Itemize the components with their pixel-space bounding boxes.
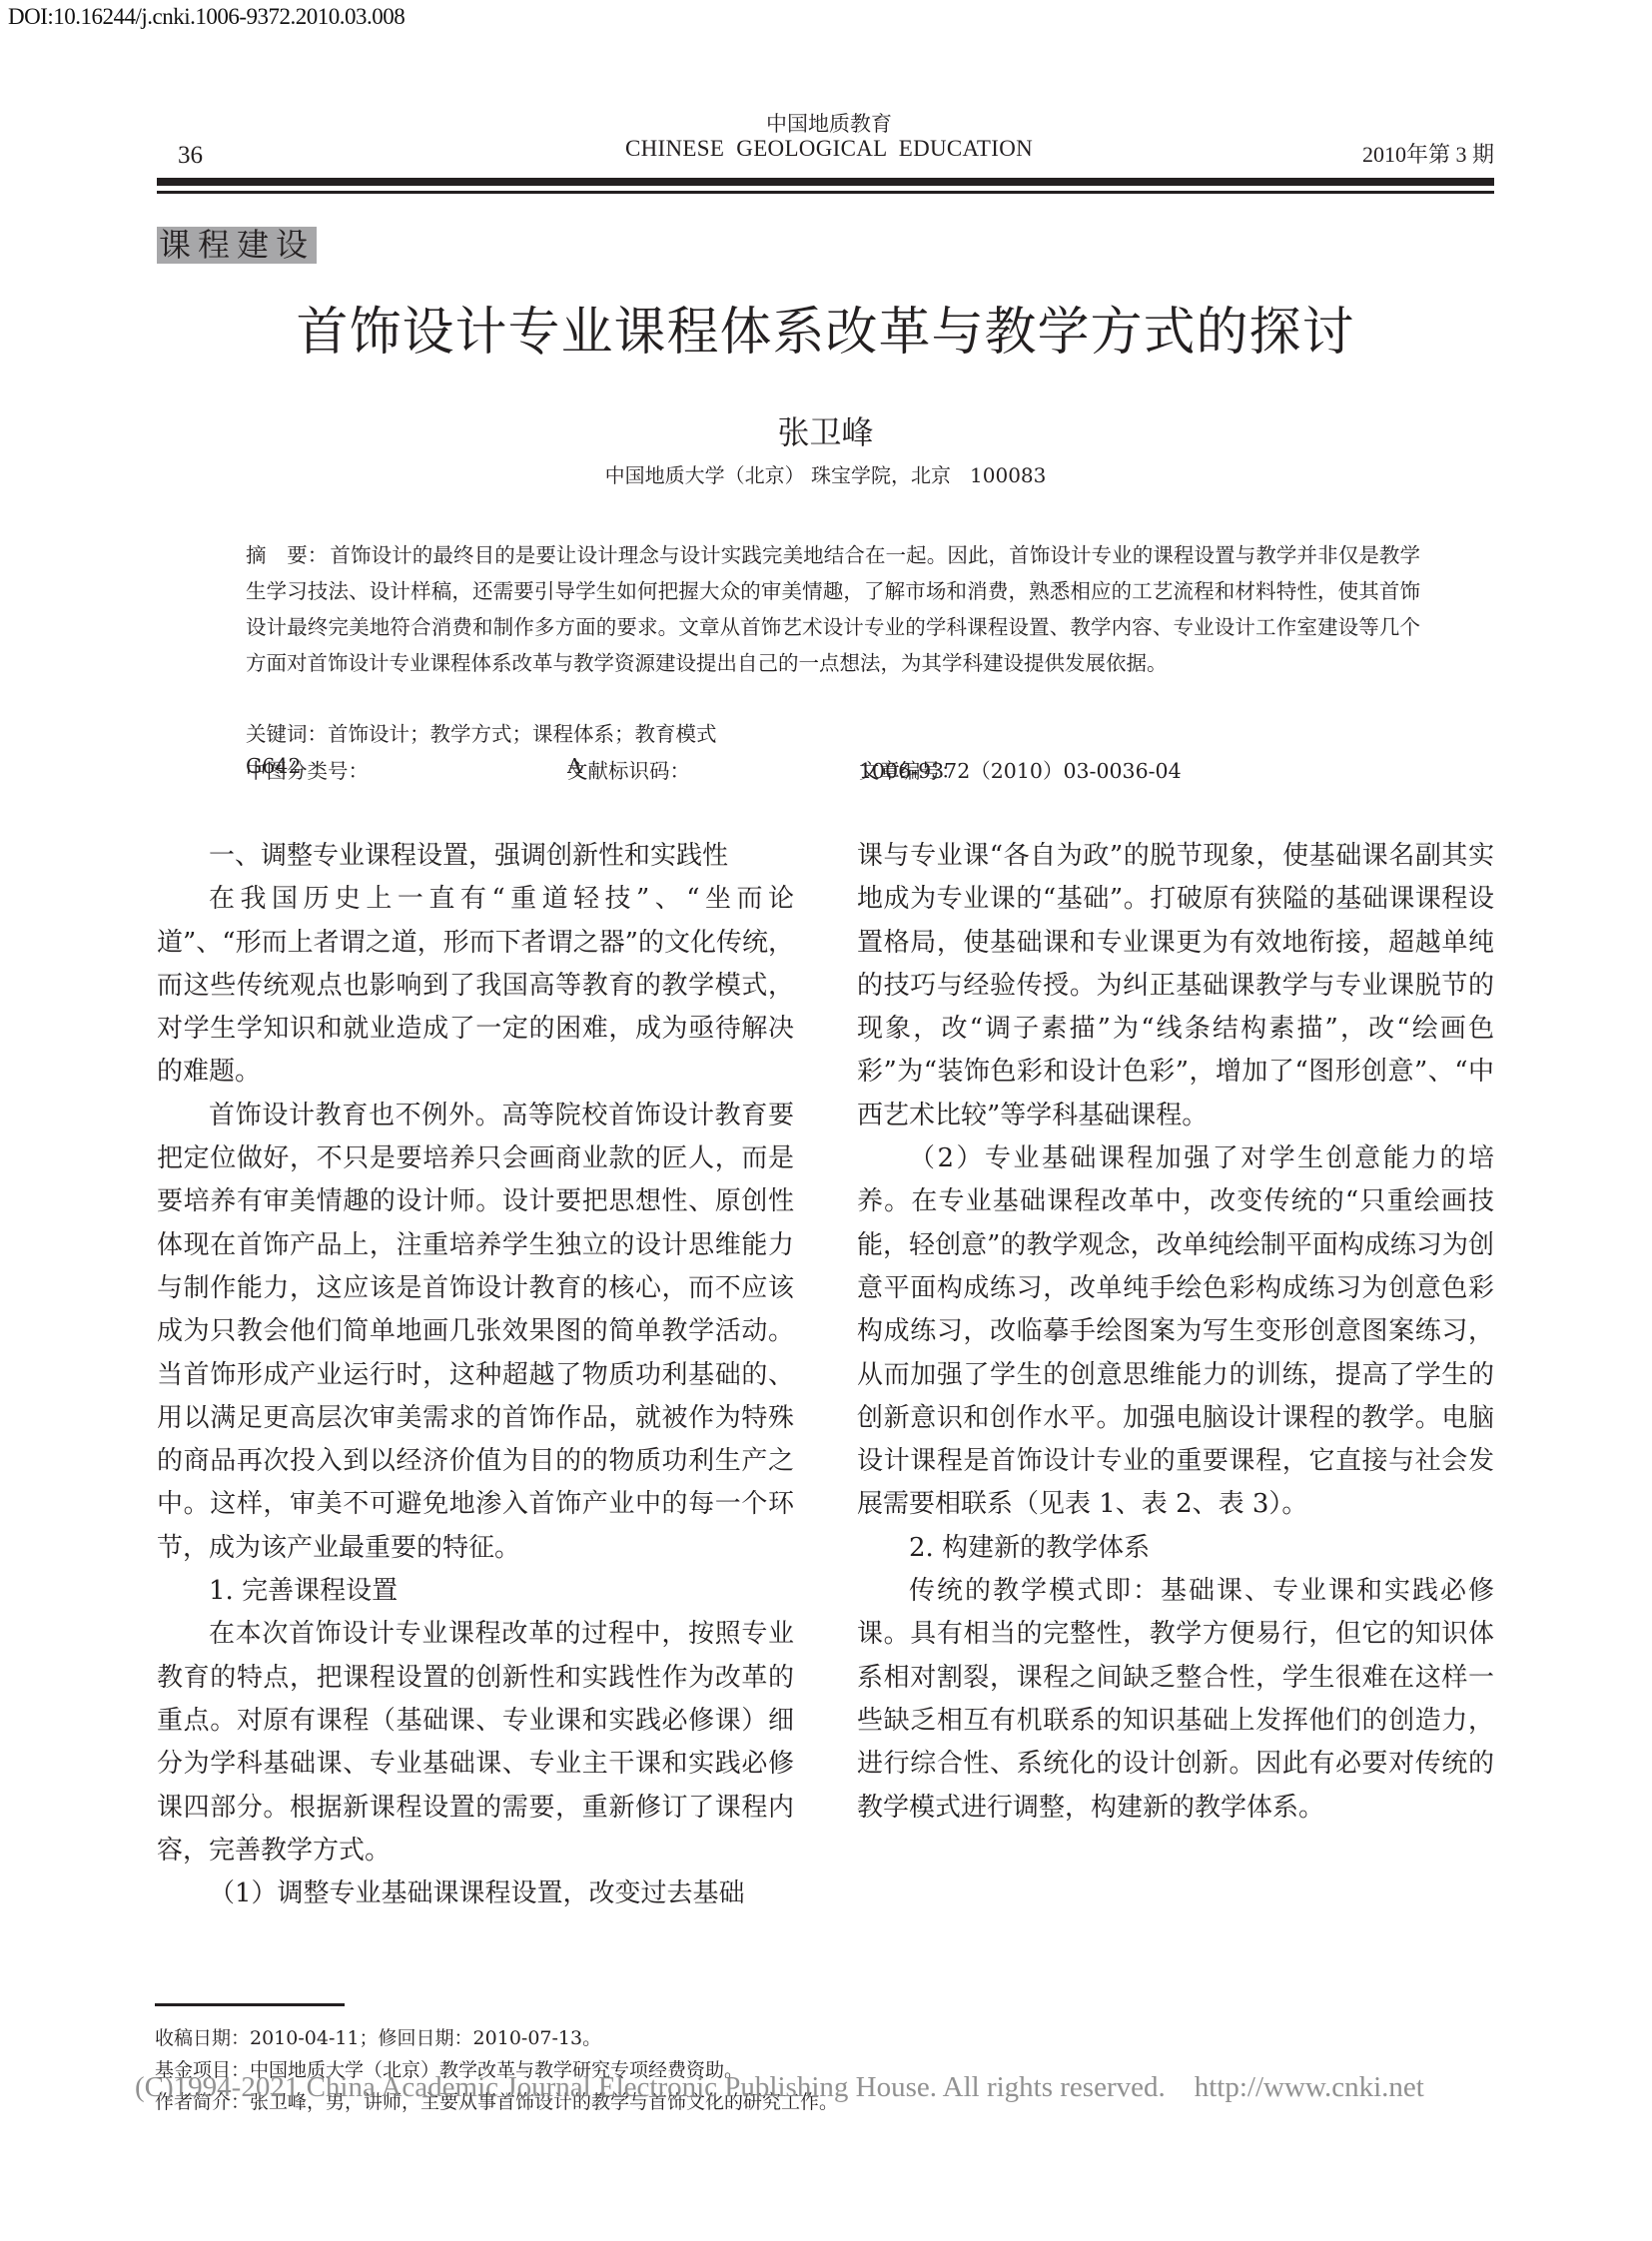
keywords: 关键词：首饰设计；教学方式；课程体系；教育模式 bbox=[246, 717, 717, 747]
keywords-text: 首饰设计；教学方式；课程体系；教育模式 bbox=[328, 722, 717, 746]
abstract: 摘 要：首饰设计的最终目的是要让设计理念与设计实践完美地结合在一起。因此，首饰设… bbox=[246, 537, 1420, 681]
journal-name-cn: 中国地质教育 bbox=[699, 108, 959, 138]
doi-identifier: DOI:10.16244/j.cnki.1006-9372.2010.03.00… bbox=[8, 4, 405, 30]
body-paragraph: 在我国历史上一直有“重道轻技”、“坐而论道”、“形而上者谓之道，形而下者谓之器”… bbox=[157, 878, 794, 1094]
section-heading: 一、调整专业课程设置，强调创新性和实践性 bbox=[157, 835, 794, 878]
footnote-received-date: 收稿日期：2010-04-11；修回日期：2010-07-13。 bbox=[155, 2022, 838, 2054]
article-author: 张卫峰 bbox=[157, 407, 1494, 453]
header-rule-thick bbox=[157, 178, 1494, 186]
journal-name-en: CHINESE GEOLOGICAL EDUCATION bbox=[599, 136, 1059, 162]
section-tag: 课程建设 bbox=[157, 227, 317, 264]
article-id-value: 1006-9372（2010）03-0036-04 bbox=[859, 754, 1182, 784]
header-rule-thin bbox=[157, 191, 1494, 194]
abstract-text: 首饰设计的最终目的是要让设计理念与设计实践完美地结合在一起。因此，首饰设计专业的… bbox=[246, 543, 1420, 675]
body-paragraph: 传统的教学模式即：基础课、专业课和实践必修课。具有相当的完整性，教学方便易行，但… bbox=[857, 1570, 1494, 1830]
author-affiliation: 中国地质大学（北京） 珠宝学院，北京 100083 bbox=[157, 459, 1494, 488]
article-title: 首饰设计专业课程体系改革与教学方式的探讨 bbox=[157, 290, 1494, 365]
body-paragraph: （2）专业基础课程加强了对学生创意能力的培养。在专业基础课程改革中，改变传统的“… bbox=[857, 1137, 1494, 1527]
subsection-heading: 2. 构建新的教学体系 bbox=[857, 1527, 1494, 1570]
abstract-label: 摘 要： bbox=[246, 543, 328, 567]
body-paragraph: 首饰设计教育也不例外。高等院校首饰设计教育要把定位做好，不只是要培养只会画商业款… bbox=[157, 1095, 794, 1570]
page-number: 36 bbox=[178, 142, 203, 170]
issue-label: 2010年第 3 期 bbox=[1278, 138, 1494, 169]
subsection-heading: 1. 完善课程设置 bbox=[157, 1570, 794, 1613]
body-paragraph: （1）调整专业基础课课程设置，改变过去基础 bbox=[157, 1872, 794, 1915]
body-column-left: 一、调整专业课程设置，强调创新性和实践性 在我国历史上一直有“重道轻技”、“坐而… bbox=[157, 835, 794, 1915]
doc-code-label: 文献标识码： bbox=[567, 754, 690, 784]
clc-value: G642 bbox=[246, 754, 302, 778]
keywords-label: 关键词： bbox=[246, 722, 328, 746]
doc-code-value: A bbox=[567, 754, 582, 778]
copyright-watermark: (C)1994-2021 China Academic Journal Elec… bbox=[135, 2071, 1424, 2104]
body-paragraph: 在本次首饰设计专业课程改革的过程中，按照专业教育的特点，把课程设置的创新性和实践… bbox=[157, 1613, 794, 1872]
body-paragraph-continued: 课与专业课“各自为政”的脱节现象，使基础课名副其实地成为专业课的“基础”。打破原… bbox=[857, 835, 1494, 1137]
body-column-right: 课与专业课“各自为政”的脱节现象，使基础课名副其实地成为专业课的“基础”。打破原… bbox=[857, 835, 1494, 1830]
footnote-rule bbox=[155, 2003, 345, 2006]
